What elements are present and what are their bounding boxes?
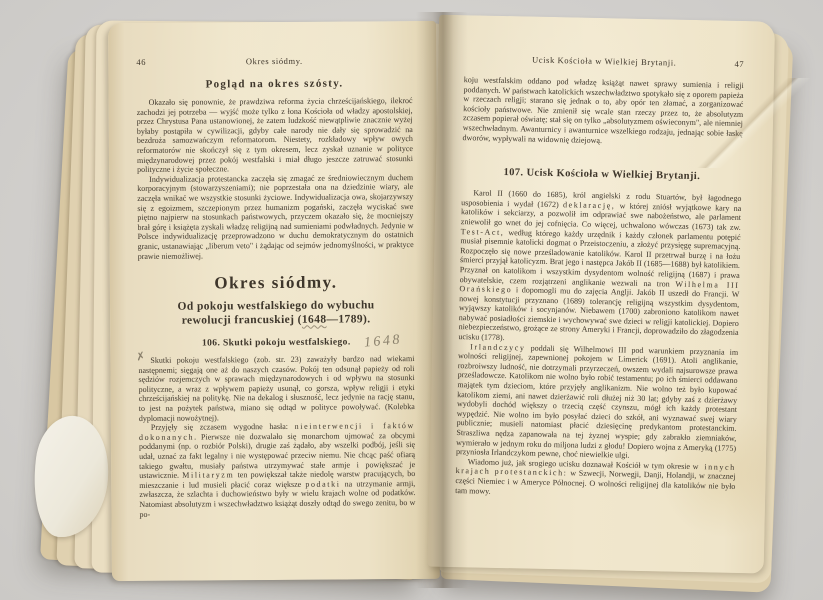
- running-head-title: Ucisk Kościoła w Wielkiej Brytanji.: [498, 54, 710, 68]
- continuation-text: koju westfalskim oddano pod władzę książ…: [463, 75, 744, 148]
- section-107-heading: 107. Ucisk Kościoła w Wielkiej Brytanji.: [462, 166, 742, 183]
- overview-text: Okazało się ponownie, że prawdziwa refor…: [137, 96, 414, 261]
- right-page: Ucisk Kościoła w Wielkiej Brytanji. 47 k…: [428, 15, 775, 574]
- paragraph: koju westfalskim oddano pod władzę książ…: [463, 75, 744, 148]
- chapter-heading: Okres siódmy.: [138, 272, 414, 294]
- left-page: 46 Okres siódmy. Pogląd na okres szósty.…: [108, 21, 440, 581]
- page-number: 47: [710, 58, 744, 69]
- running-header: 46 Okres siódmy.: [136, 55, 412, 67]
- page-number: 46: [136, 57, 170, 67]
- section-106-text: Skutki pokoju westfalskiego (zob. str. 2…: [138, 354, 415, 519]
- open-book-photo: 46 Okres siódmy. Pogląd na okres szósty.…: [0, 0, 823, 600]
- paragraph: Irlandczycy poddali się Wilhelmowi III p…: [456, 342, 738, 463]
- paragraph: Okazało się ponownie, że prawdziwa refor…: [137, 96, 414, 175]
- chapter-subtitle: Od pokoju westfalskiego do wybuchu rewol…: [152, 299, 400, 328]
- pencil-handwritten-note: 1648: [363, 332, 402, 351]
- overview-heading: Pogląd na okres szósty.: [136, 77, 412, 91]
- paragraph: Wiadomo już, jak srogiego ucisku doznawa…: [455, 457, 736, 501]
- paragraph: Indywidualizacja protestancka zaczęła si…: [137, 173, 414, 261]
- running-head-title: Okres siódmy.: [170, 55, 378, 66]
- section-107-text: Karol II (1660 do 1685), król angielski …: [455, 188, 741, 501]
- running-header: Ucisk Kościoła w Wielkiej Brytanji. 47: [464, 53, 744, 69]
- paragraph: Karol II (1660 do 1685), król angielski …: [458, 188, 741, 347]
- paragraph: Przyjęły się zczasem wygodne hasła: niei…: [139, 421, 416, 519]
- paragraph: Skutki pokoju westfalskiego (zob. str. 2…: [138, 354, 414, 423]
